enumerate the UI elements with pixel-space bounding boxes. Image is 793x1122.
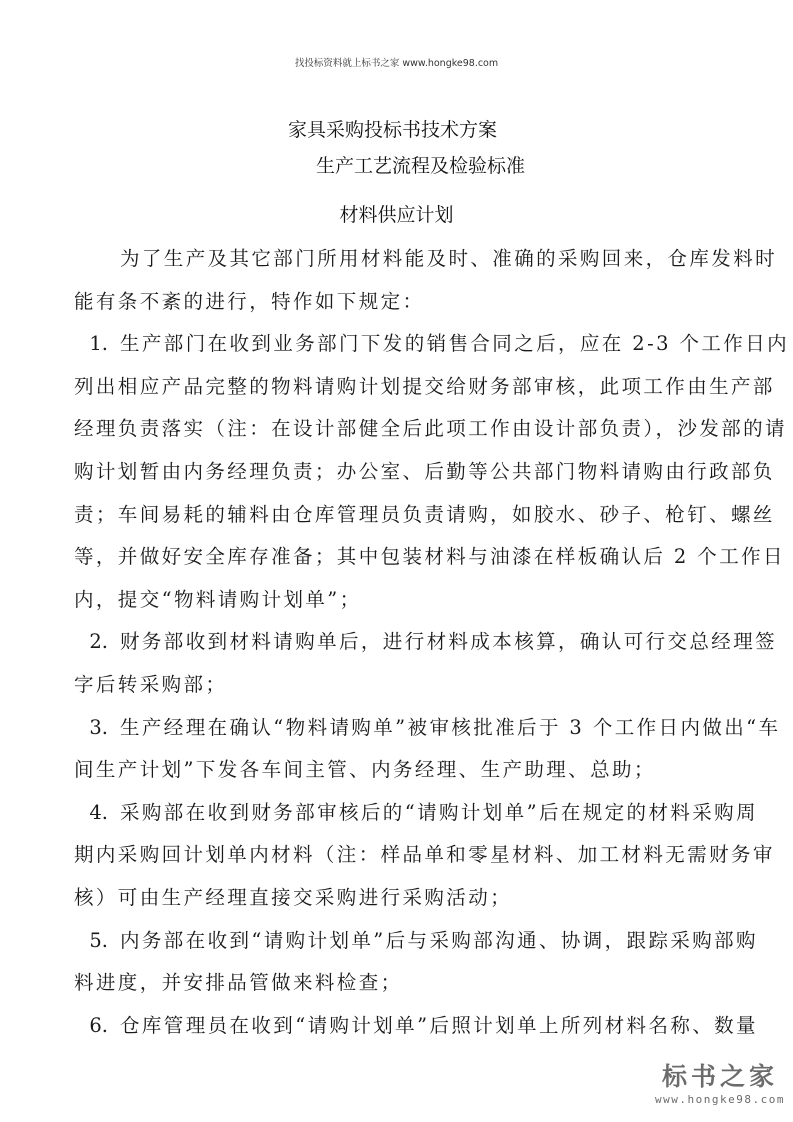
item-number: 6. — [74, 1005, 120, 1048]
item-text: 生产经理在确认“物料请购单”被审核批准后于 3 个工作日内做出“车 — [120, 716, 780, 739]
item-line: 内，提交“物料请购计划单”； — [74, 579, 720, 622]
item-text: 内务部在收到“请购计划单”后与采购部沟通、协调，跟踪采购部购 — [120, 929, 758, 952]
item-line: 购计划暂由内务经理负责；办公室、后勤等公共部门物料请购由行政部负 — [74, 451, 720, 494]
watermark-brand: 标书之家 — [655, 1063, 785, 1091]
item-line: 等，并做好安全库存准备；其中包装材料与油漆在样板确认后 2 个工作日 — [74, 536, 720, 579]
header-note: 找投标资料就上标书之家 www.hongke98.com — [0, 55, 793, 69]
list-item-1: 1.生产部门在收到业务部门下发的销售合同之后，应在 2-3 个工作日内 — [74, 323, 720, 366]
intro-line: 为了生产及其它部门所用材料能及时、准确的采购回来，仓库发料时 — [74, 238, 720, 281]
item-text: 财务部收到材料请购单后，进行材料成本核算，确认可行交总经理签 — [120, 630, 777, 653]
document-title: 家具采购投标书技术方案 — [0, 115, 789, 142]
item-line: 字后转采购部； — [74, 664, 720, 707]
item-number: 2. — [74, 621, 120, 664]
item-line: 核）可由生产经理直接交采购进行采购活动； — [74, 877, 720, 920]
item-line: 间生产计划”下发各车间主管、内务经理、生产助理、总助； — [74, 749, 720, 792]
watermark-logo: 标书之家 www.hongke98.com — [655, 1063, 785, 1107]
item-number: 5. — [74, 920, 120, 963]
intro-line: 能有条不紊的进行，特作如下规定： — [74, 281, 720, 324]
item-line: 期内采购回计划单内材料（注：样品单和零星材料、加工材料无需财务审 — [74, 834, 720, 877]
document-subtitle: 生产工艺流程及检验标准 — [24, 151, 793, 178]
item-number: 3. — [74, 707, 120, 750]
item-text: 生产部门在收到业务部门下发的销售合同之后，应在 2-3 个工作日内 — [120, 332, 789, 355]
list-item-3: 3.生产经理在确认“物料请购单”被审核批准后于 3 个工作日内做出“车 — [74, 707, 720, 750]
item-text: 仓库管理员在收到“请购计划单”后照计划单上所列材料名称、数量 — [120, 1014, 758, 1037]
list-item-2: 2.财务部收到材料请购单后，进行材料成本核算，确认可行交总经理签 — [74, 621, 720, 664]
watermark-url: www.hongke98.com — [655, 1093, 785, 1107]
item-line: 经理负责落实（注：在设计部健全后此项工作由设计部负责），沙发部的请 — [74, 408, 720, 451]
section-title: 材料供应计划 — [0, 200, 793, 227]
item-line: 列出相应产品完整的物料请购计划提交给财务部审核，此项工作由生产部 — [74, 366, 720, 409]
item-text: 采购部在收到财务部审核后的“请购计划单”后在规定的材料采购周 — [120, 801, 758, 824]
list-item-5: 5.内务部在收到“请购计划单”后与采购部沟通、协调，跟踪采购部购 — [74, 920, 720, 963]
item-number: 4. — [74, 792, 120, 835]
item-line: 责；车间易耗的辅料由仓库管理员负责请购，如胶水、砂子、枪钉、螺丝 — [74, 494, 720, 537]
item-line: 料进度，并安排品管做来料检查； — [74, 962, 720, 1005]
list-item-6: 6.仓库管理员在收到“请购计划单”后照计划单上所列材料名称、数量 — [74, 1005, 720, 1048]
item-number: 1. — [74, 323, 120, 366]
list-item-4: 4.采购部在收到财务部审核后的“请购计划单”后在规定的材料采购周 — [74, 792, 720, 835]
document-body: 为了生产及其它部门所用材料能及时、准确的采购回来，仓库发料时 能有条不紊的进行，… — [74, 238, 720, 1047]
